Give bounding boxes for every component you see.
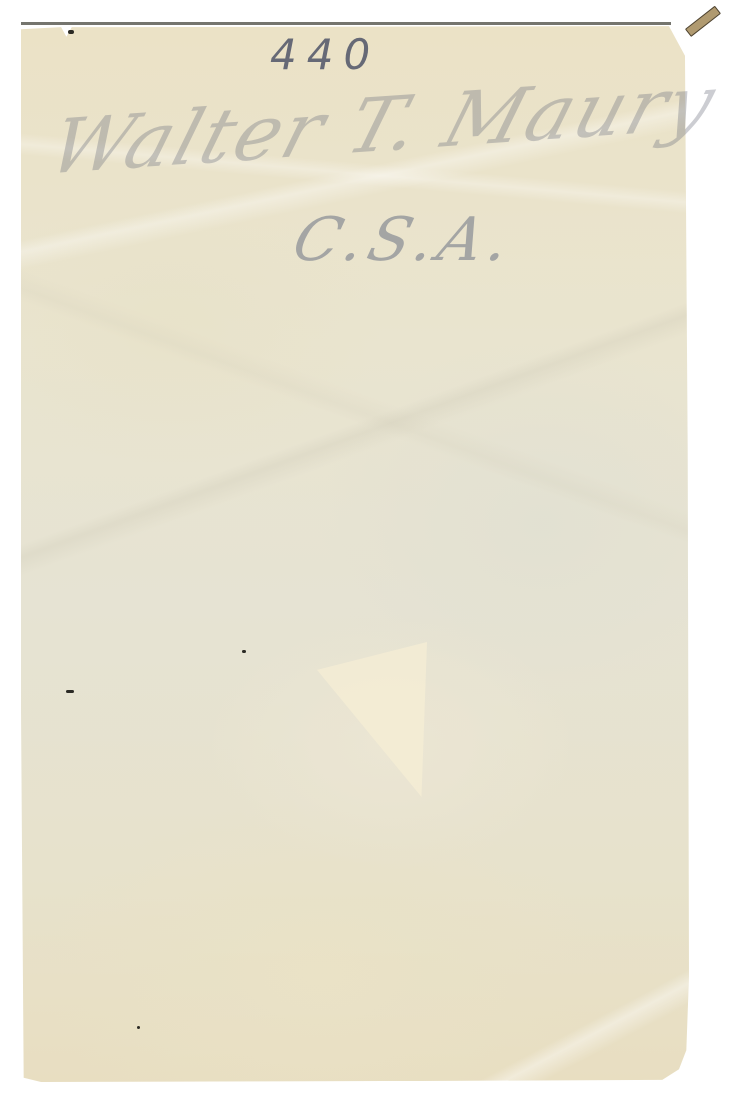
edge-tear-mark [68,30,74,34]
handwritten-unit: C.S.A. [286,205,524,275]
paper-spot [242,650,246,653]
paper-corner-tab [685,6,721,37]
edge-tear-mark [66,690,74,693]
catalog-number: 440 [270,30,380,79]
paper-top-edge [21,22,671,25]
paper-spot [137,1026,140,1029]
